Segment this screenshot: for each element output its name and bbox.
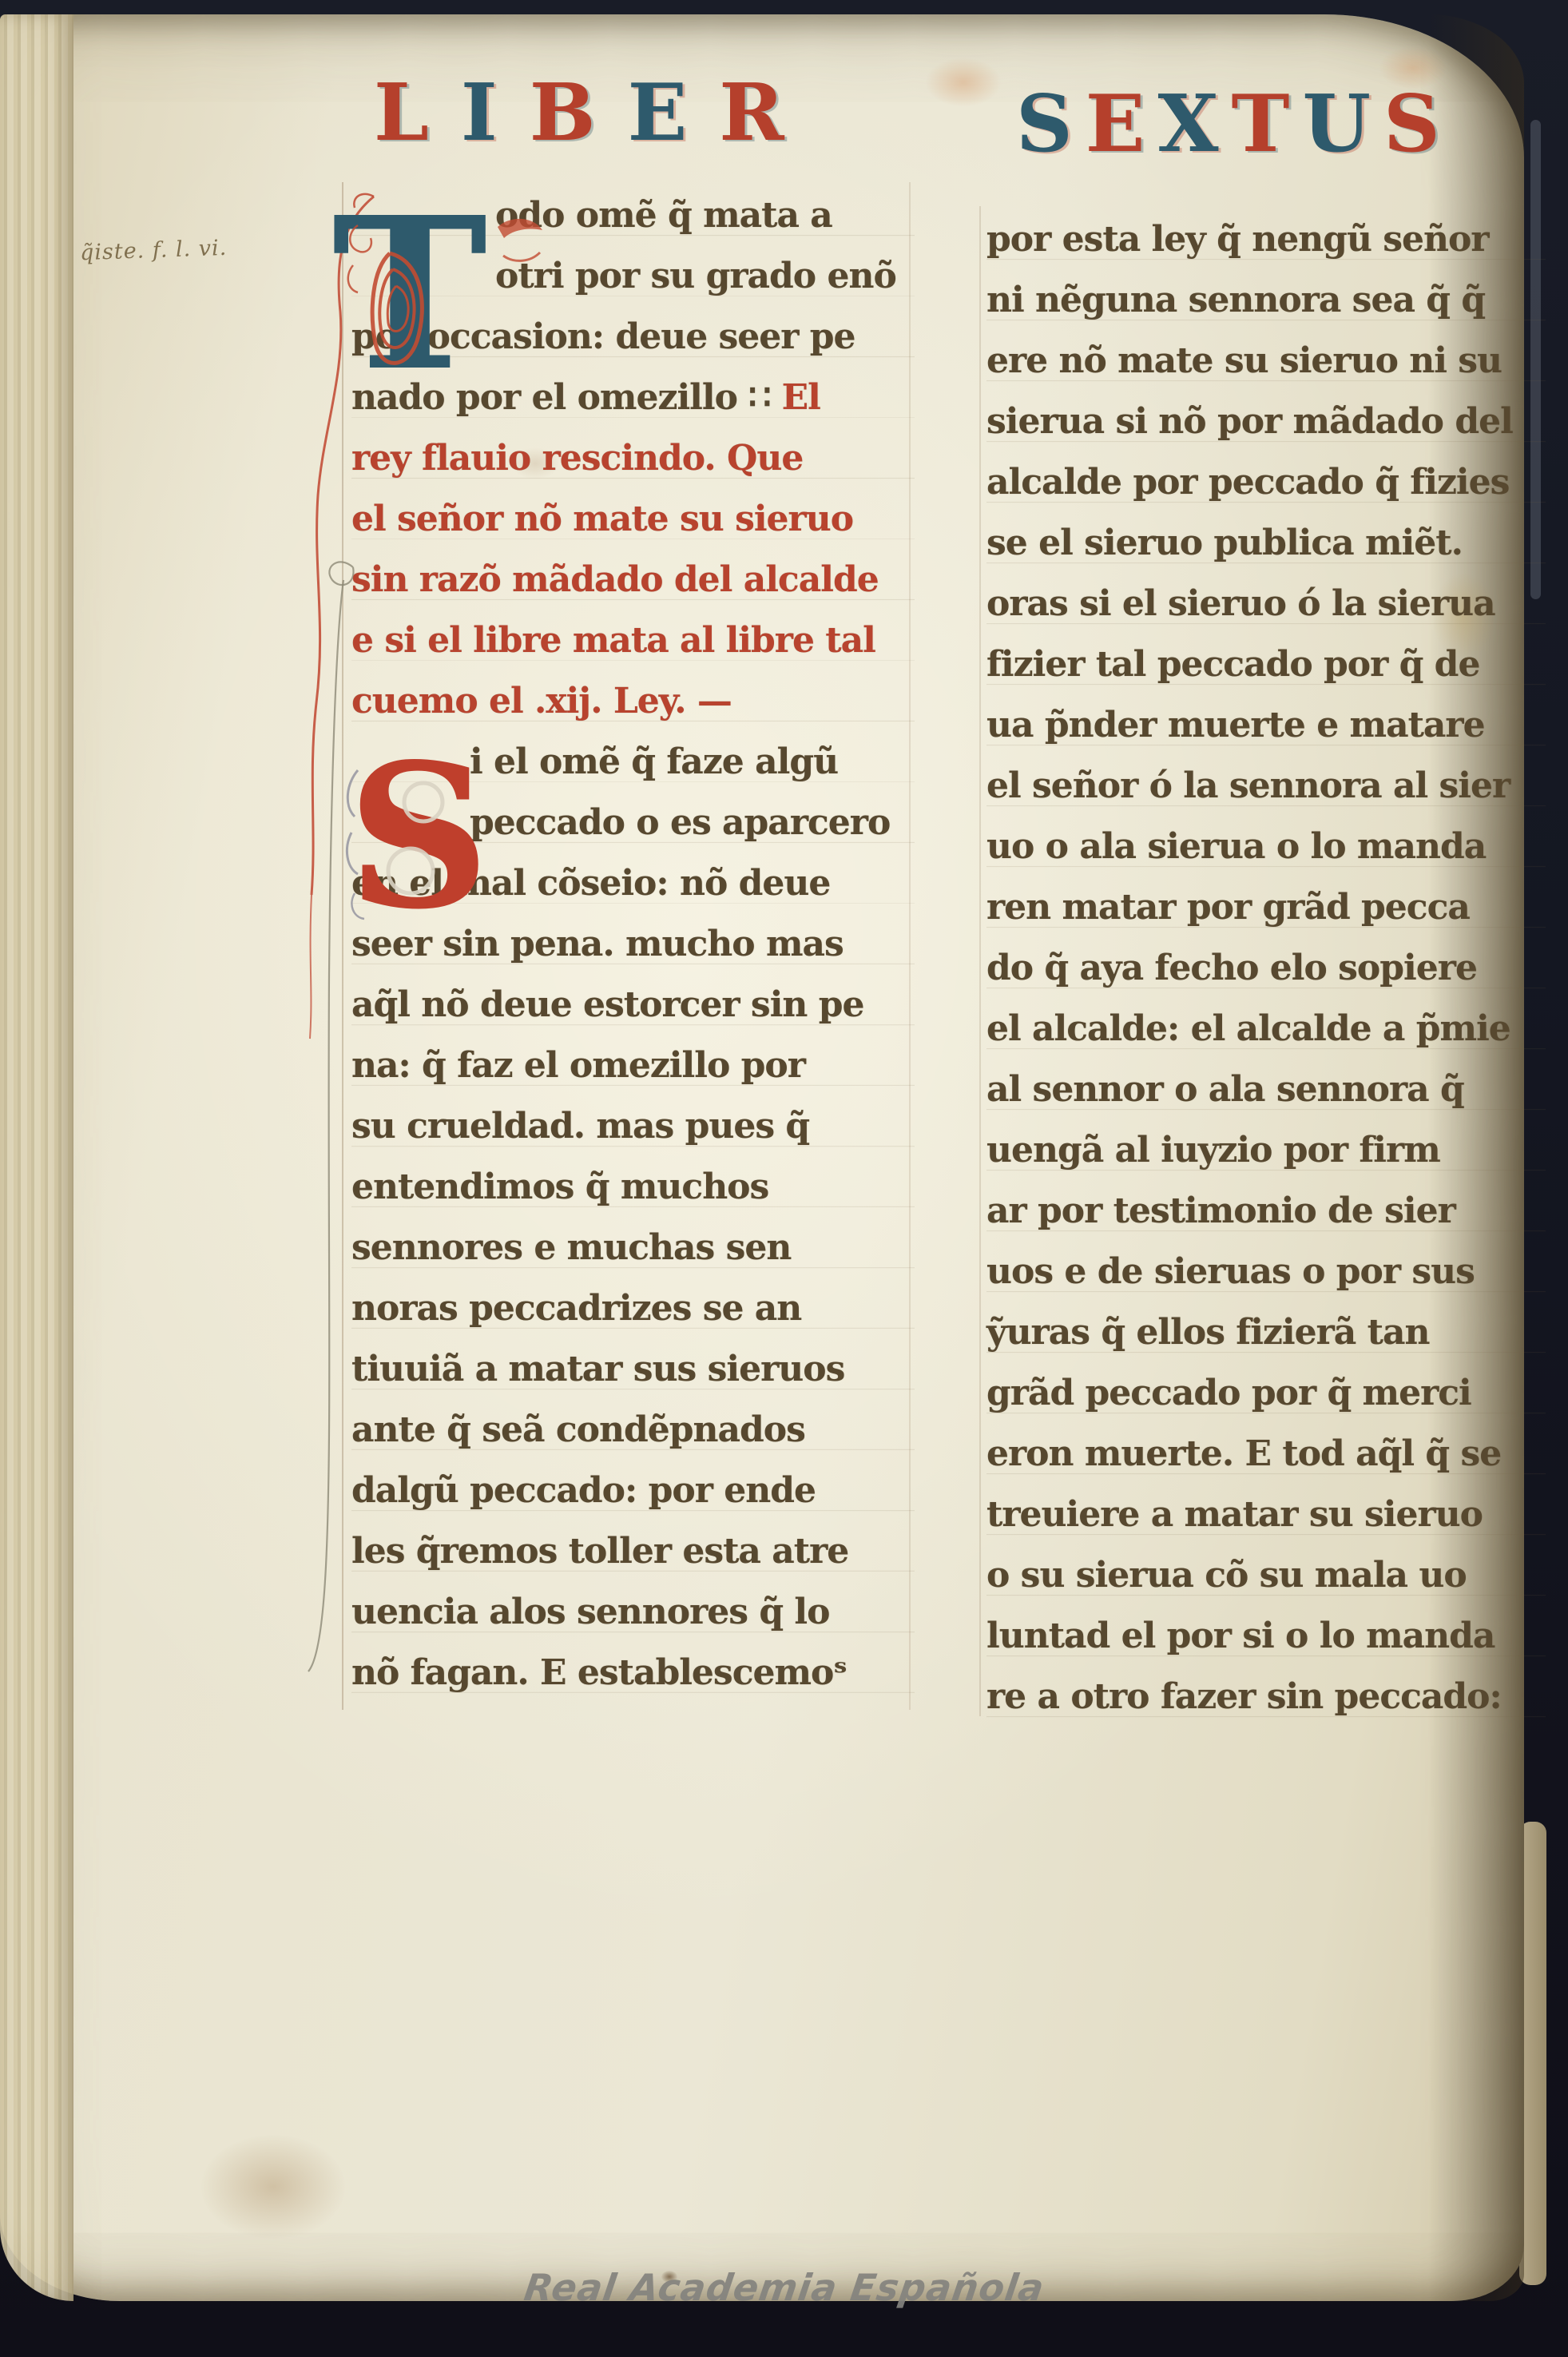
text-line: do q̃ aya fecho elo sopiere: [986, 938, 1546, 999]
text-line: treuiere a matar su sieruo: [986, 1485, 1546, 1545]
text-span: sennores e muchas sen: [351, 1227, 791, 1268]
text-span: nõ fagan. E establescemoˢ: [351, 1652, 847, 1693]
text-line: alcalde por peccado q̃ fizies: [986, 452, 1546, 513]
text-line: cuemo el .xij. Ley. —: [351, 671, 915, 732]
text-span: ni nẽguna sennora sea q̃ q̃: [986, 280, 1485, 320]
decorated-capital: S: [1016, 80, 1073, 169]
running-title-sextus: SEXTUS: [1016, 80, 1440, 169]
text-span: ỹuras q̃ ellos fizierã tan: [986, 1312, 1429, 1353]
text-line: ren matar por grãd pecca: [986, 877, 1546, 938]
text-line: ere nõ mate su sieruo ni su: [986, 331, 1546, 392]
decorated-capital: R: [719, 69, 784, 158]
initial-T-ornament: T: [334, 177, 574, 417]
text-line: eron muerte. E tod aq̃l q̃ se: [986, 1424, 1546, 1485]
text-span: o su sierua cõ su mala uo: [986, 1555, 1467, 1596]
text-span: luntad el por si o lo manda: [986, 1616, 1495, 1656]
text-span: les q̃remos toller esta atre: [351, 1531, 848, 1572]
decorated-capital: B: [530, 69, 596, 158]
text-line: su crueldad. mas pues q̃: [351, 1096, 915, 1157]
text-line: noras peccadrizes se an: [351, 1278, 915, 1339]
decorated-capital: S: [1383, 80, 1440, 169]
text-span: ere nõ mate su sieruo ni su: [986, 340, 1502, 381]
text-span: tiuuiã a matar sus sieruos: [351, 1349, 844, 1389]
text-span: grãd peccado por q̃ merci: [986, 1373, 1471, 1413]
ruling-line: [979, 206, 981, 1716]
text-span: i el omẽ q̃ faze algũ: [470, 741, 838, 782]
text-span: na: q̃ faz el omezillo por: [351, 1045, 805, 1086]
text-line: uo o ala sierua o lo manda: [986, 817, 1546, 877]
initial-S-ornament: S: [337, 737, 497, 936]
text-line: rey flauio rescindo. Que: [351, 428, 915, 489]
decorated-capital: U: [1302, 80, 1370, 169]
text-span: treuiere a matar su sieruo: [986, 1494, 1483, 1535]
text-span: por esta ley q̃ nengũ señor: [986, 219, 1489, 260]
text-span: al sennor o ala sennora q̃: [986, 1069, 1464, 1110]
text-line: uos e de sieruas o por sus: [986, 1242, 1546, 1302]
manuscript-photo: LIBER SEXTUS q̃iste. f. l. vi. T S odo o…: [0, 0, 1568, 2357]
text-line: sennores e muchas sen: [351, 1218, 915, 1278]
margin-note: q̃iste. f. l. vi.: [80, 236, 228, 265]
text-span: dalgũ peccado: por ende: [351, 1470, 816, 1511]
text-line: se el sieruo publica miẽt.: [986, 513, 1546, 574]
text-line: luntad el por si o lo manda: [986, 1606, 1546, 1667]
text-line: aq̃l nõ deue estorcer sin pe: [351, 975, 915, 1035]
decorated-capital: I: [461, 69, 498, 158]
text-line: na: q̃ faz el omezillo por: [351, 1035, 915, 1096]
initial-S: S: [347, 737, 490, 936]
text-span: alcalde por peccado q̃ fizies: [986, 462, 1509, 503]
text-span: e si el libre mata al libre tal: [351, 620, 875, 661]
text-span: entendimos q̃ muchos: [351, 1167, 768, 1207]
text-line: oras si el sieruo ó la sierua: [986, 574, 1546, 634]
text-line: entendimos q̃ muchos: [351, 1157, 915, 1218]
text-span: ren matar por grãd pecca: [986, 887, 1470, 928]
text-span: se el sieruo publica miẽt.: [986, 523, 1463, 563]
text-line: sierua si nõ por mãdado del: [986, 392, 1546, 452]
text-line: e si el libre mata al libre tal: [351, 610, 915, 671]
text-line: el alcalde: el alcalde a p̃mie: [986, 999, 1546, 1059]
text-span: uos e de sieruas o por sus: [986, 1251, 1475, 1292]
text-line: fizier tal peccado por q̃ de: [986, 634, 1546, 695]
text-span: peccado o es aparcero: [470, 802, 890, 843]
initial-T: T: [334, 177, 487, 417]
right-text-column: por esta ley q̃ nengũ señorni nẽguna sen…: [986, 209, 1546, 1727]
text-line: ar por testimonio de sier: [986, 1181, 1546, 1242]
text-line: uengã al iuyzio por firm: [986, 1120, 1546, 1181]
text-line: al sennor o ala sennora q̃: [986, 1059, 1546, 1120]
text-line: nõ fagan. E establescemoˢ: [351, 1643, 915, 1703]
text-span: ante q̃ seã condẽpnados: [351, 1409, 805, 1450]
text-line: uencia alos sennores q̃ lo: [351, 1582, 915, 1643]
text-line: les q̃remos toller esta atre: [351, 1521, 915, 1582]
text-span: su crueldad. mas pues q̃: [351, 1106, 809, 1147]
text-span: sin razõ mãdado del alcalde: [351, 559, 879, 600]
decorated-capital: E: [628, 69, 688, 158]
text-span: ar por testimonio de sier: [986, 1190, 1455, 1231]
text-line: ỹuras q̃ ellos fizierã tan: [986, 1302, 1546, 1363]
text-span: do q̃ aya fecho elo sopiere: [986, 948, 1477, 988]
text-span: uo o ala sierua o lo manda: [986, 826, 1486, 867]
text-line: ni nẽguna sennora sea q̃ q̃: [986, 270, 1546, 331]
decorated-capital: T: [1232, 80, 1290, 169]
text-span: fizier tal peccado por q̃ de: [986, 644, 1479, 685]
text-line: el señor ó la sennora al sier: [986, 756, 1546, 817]
running-title-liber: LIBER: [374, 69, 784, 158]
text-line: por esta ley q̃ nengũ señor: [986, 209, 1546, 270]
text-line: sin razõ mãdado del alcalde: [351, 550, 915, 610]
text-span: eron muerte. E tod aq̃l q̃ se: [986, 1433, 1501, 1474]
text-span: sierua si nõ por mãdado del: [986, 401, 1513, 442]
text-span: ua p̃nder muerte e matare: [986, 705, 1485, 745]
text-span: aq̃l nõ deue estorcer sin pe: [351, 984, 864, 1025]
text-span: el señor ó la sennora al sier: [986, 765, 1510, 806]
text-span: oras si el sieruo ó la sierua: [986, 583, 1495, 624]
decorated-capital: X: [1157, 80, 1218, 169]
text-line: tiuuiã a matar sus sieruos: [351, 1339, 915, 1400]
text-span: el señor nõ mate su sieruo: [351, 499, 853, 539]
decorated-capital: L: [374, 69, 429, 158]
text-line: el señor nõ mate su sieruo: [351, 489, 915, 550]
watermark: Real Academia Española: [521, 2266, 1046, 2309]
text-span: El: [782, 377, 820, 418]
text-span: cuemo el .xij. Ley. —: [351, 681, 732, 721]
text-line: grãd peccado por q̃ merci: [986, 1363, 1546, 1424]
text-span: noras peccadrizes se an: [351, 1288, 801, 1329]
text-line: ua p̃nder muerte e matare: [986, 695, 1546, 756]
text-span: uencia alos sennores q̃ lo: [351, 1592, 829, 1632]
text-line: ante q̃ seã condẽpnados: [351, 1400, 915, 1461]
text-line: dalgũ peccado: por ende: [351, 1461, 915, 1521]
text-span: rey flauio rescindo. Que: [351, 438, 803, 479]
decorated-capital: E: [1086, 80, 1145, 169]
text-line: o su sierua cõ su mala uo: [986, 1545, 1546, 1606]
text-span: re a otro fazer sin peccado:: [986, 1676, 1502, 1717]
text-span: el alcalde: el alcalde a p̃mie: [986, 1008, 1510, 1049]
text-span: uengã al iuyzio por firm: [986, 1130, 1440, 1171]
left-page-stack-edges: [0, 14, 73, 2301]
text-line: re a otro fazer sin peccado:: [986, 1667, 1546, 1727]
